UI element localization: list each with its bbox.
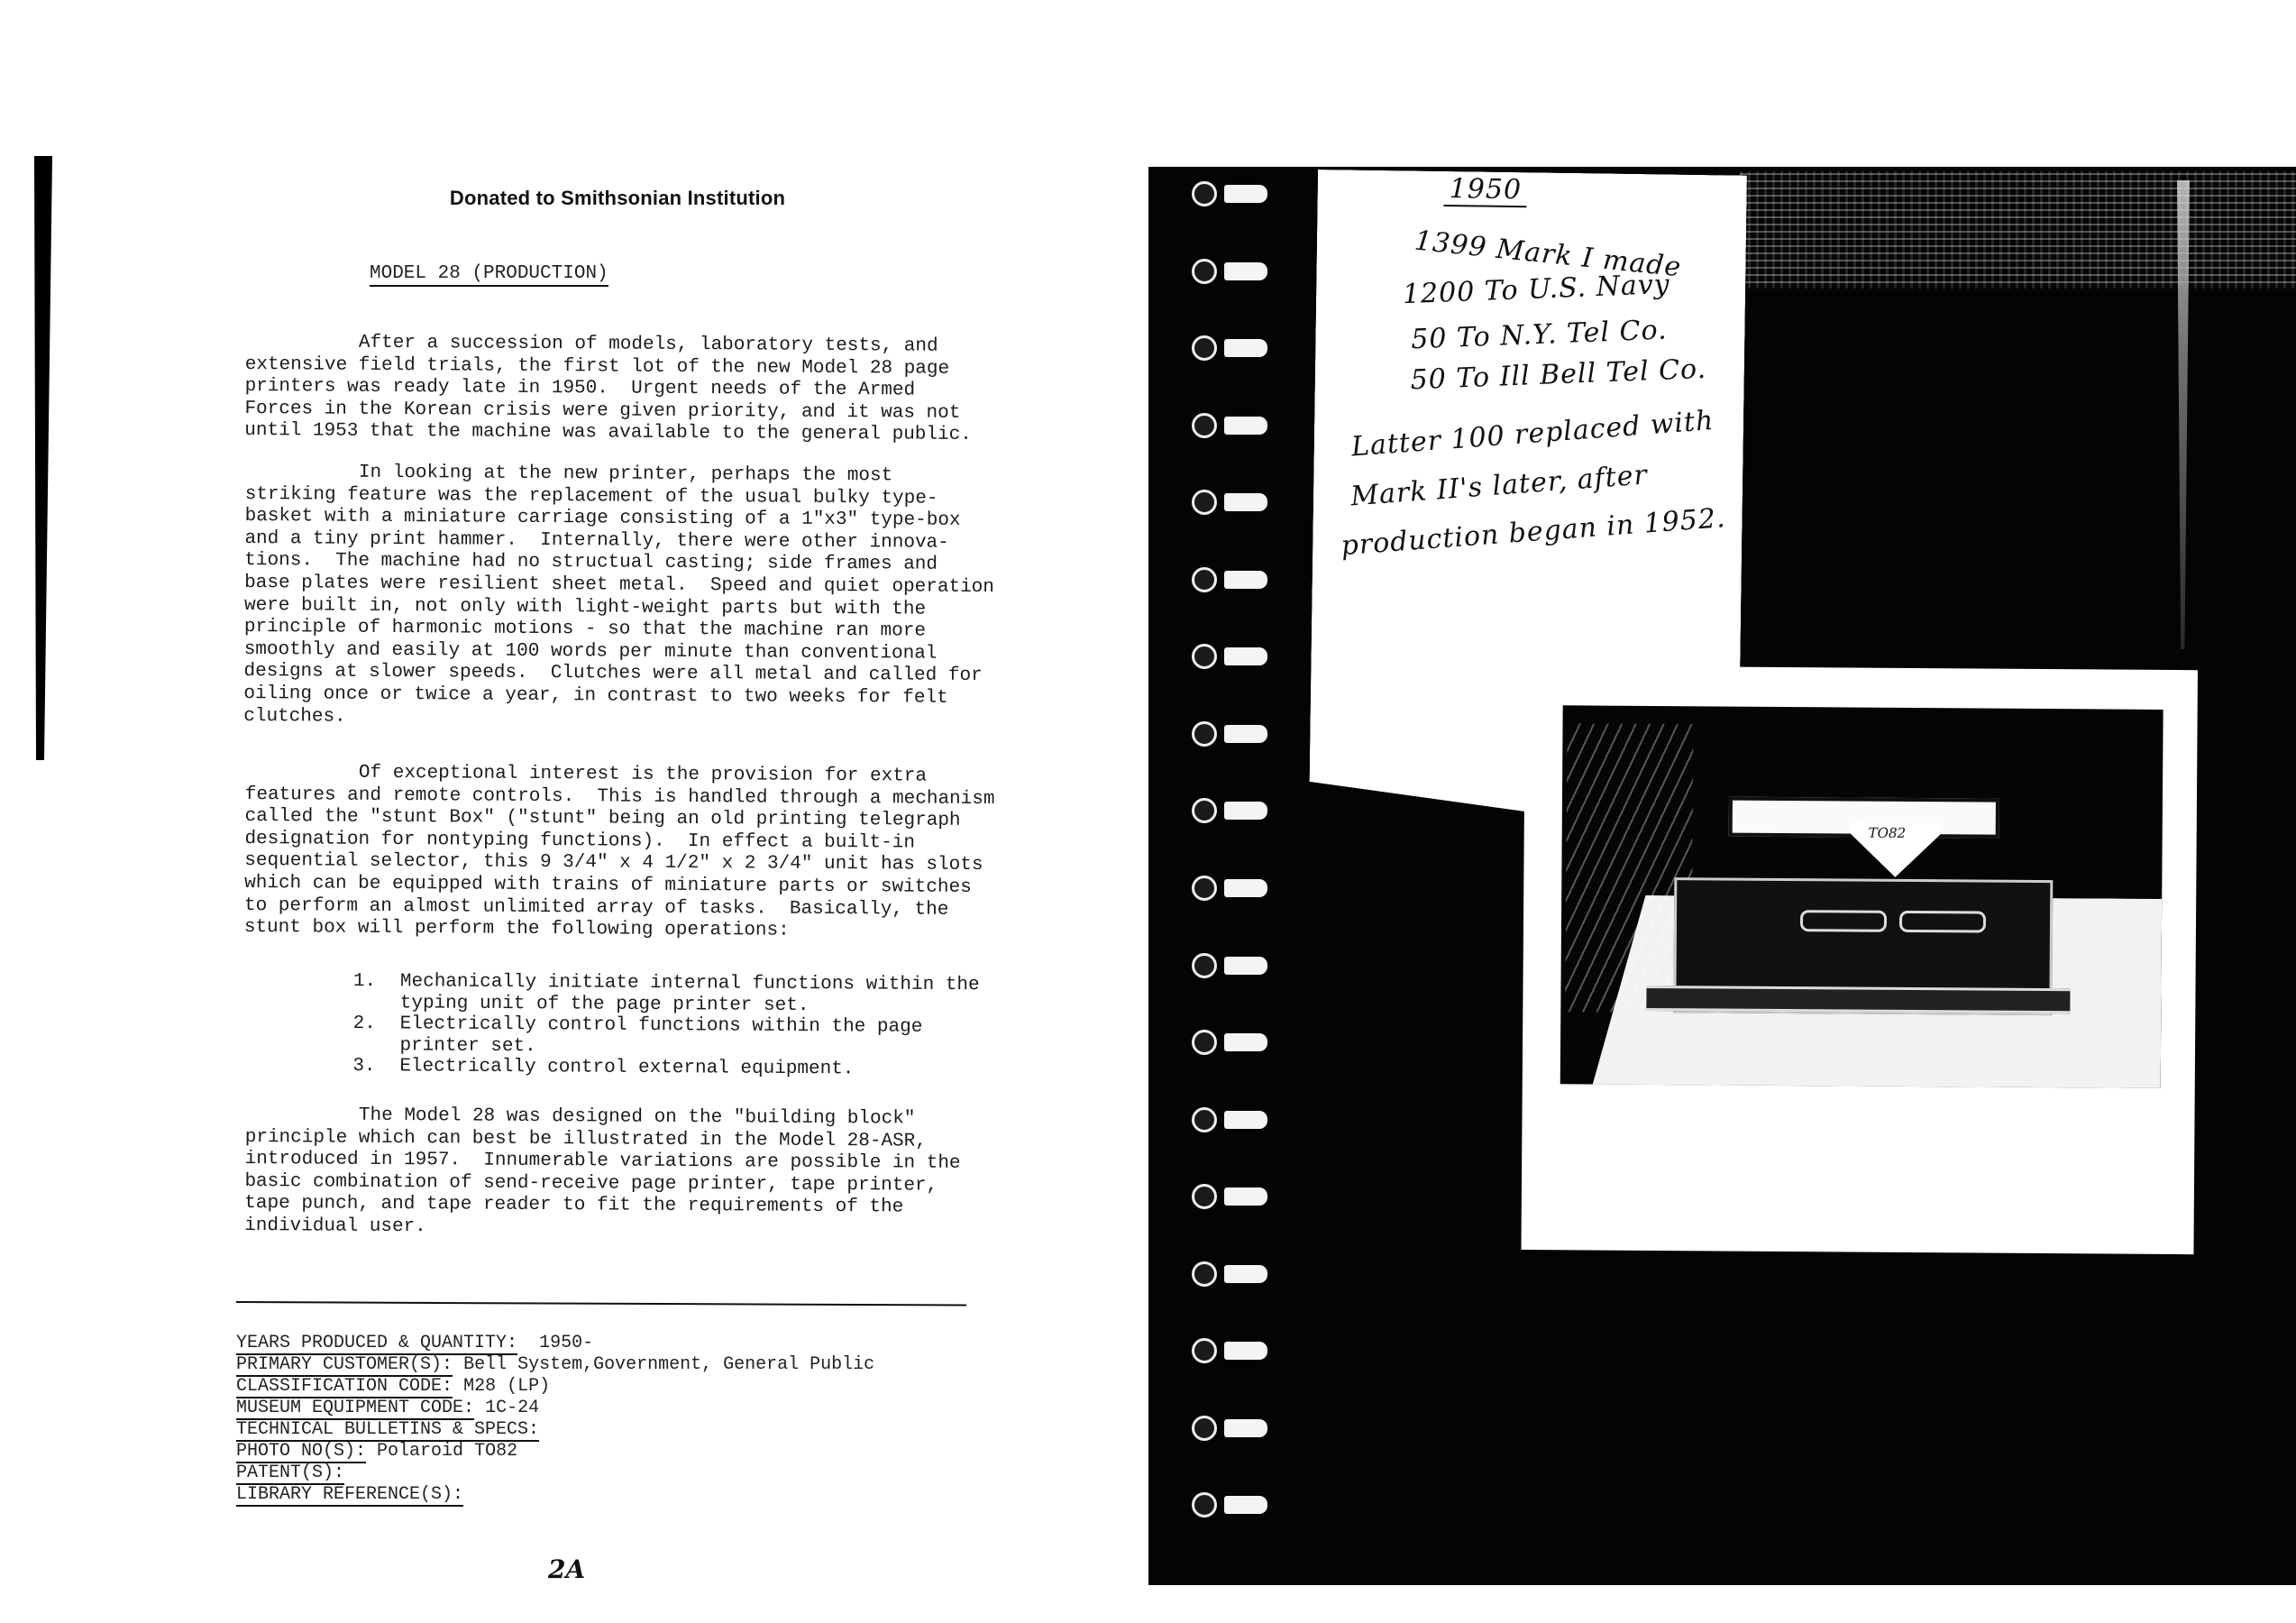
spiral-coil [1181, 1256, 1278, 1292]
field-label: YEARS PRODUCED & QUANTITY: [236, 1333, 517, 1355]
field-years-produced: YEARS PRODUCED & QUANTITY: 1950- [236, 1333, 874, 1354]
field-technical-bulletins: TECHNICAL BULLETINS & SPECS: [236, 1419, 874, 1441]
teletype-photograph: TO82 [1560, 705, 2163, 1088]
field-label: PRIMARY CUSTOMER(S): [236, 1354, 453, 1377]
note-line: 1200 To U.S. Navy [1402, 269, 1670, 310]
spiral-binding [1172, 167, 1289, 1585]
spiral-coil [1181, 1178, 1278, 1215]
spiral-coil [1181, 716, 1278, 752]
spiral-coil [1181, 253, 1278, 289]
scan-noise [1740, 171, 2296, 289]
list-item: 2. Electrically control functions within… [352, 1013, 979, 1059]
field-label: TECHNICAL BULLETINS & SPECS: [236, 1419, 539, 1442]
list-number: 2. [352, 1013, 399, 1056]
field-value: M28 (LP) [463, 1376, 550, 1397]
note-line: 50 To Ill Bell Tel Co. [1410, 353, 1707, 397]
spiral-coil [1181, 330, 1278, 366]
spiral-coil [1181, 408, 1278, 444]
paragraph-features: In looking at the new printer, perhaps t… [243, 462, 1002, 732]
field-value: Bell System,Government, General Public [463, 1354, 874, 1375]
spiral-coil [1181, 870, 1278, 906]
paragraph-introduction: After a succession of models, laboratory… [244, 332, 1002, 447]
list-text: Mechanically initiate internal functions… [400, 971, 980, 1017]
note-line: production began in 1952. [1340, 502, 1726, 562]
paragraph-building-block: The Model 28 was designed on the "buildi… [244, 1105, 1002, 1242]
field-museum-equipment-code: MUSEUM EQUIPMENT CODE: 1C-24 [236, 1398, 874, 1419]
page-edge-shadow [34, 156, 52, 760]
field-library-references: LIBRARY REFERENCE(S): [236, 1484, 874, 1506]
list-number: 3. [352, 1056, 399, 1077]
spiral-coil [1181, 176, 1278, 212]
paragraph-stunt-box: Of exceptional interest is the provision… [244, 762, 1002, 944]
operations-list: 1. Mechanically initiate internal functi… [352, 971, 979, 1081]
list-text: Electrically control functions within th… [399, 1013, 922, 1059]
field-value: 1C-24 [485, 1398, 539, 1418]
photo-tag-text: TO82 [1869, 825, 1907, 841]
page-number: 2A [548, 1554, 585, 1584]
field-label: CLASSIFICATION CODE: [236, 1376, 453, 1398]
photo-print: TO82 [1521, 665, 2198, 1254]
field-patents: PATENT(S): [236, 1463, 874, 1484]
field-label: LIBRARY REFERENCE(S): [236, 1484, 463, 1507]
donation-heading: Donated to Smithsonian Institution [433, 187, 802, 210]
field-value: 1950- [539, 1333, 593, 1353]
field-value: Polaroid TO82 [377, 1441, 517, 1462]
note-line: Latter 100 replaced with [1350, 405, 1715, 463]
field-label: MUSEUM EQUIPMENT CODE: [236, 1398, 474, 1420]
field-label: PATENT(S): [236, 1463, 344, 1485]
spiral-coil [1181, 1487, 1278, 1523]
spiral-coil [1181, 1410, 1278, 1446]
spiral-coil [1181, 1024, 1278, 1060]
list-item: 3. Electrically control external equipme… [352, 1056, 979, 1081]
spiral-coil [1181, 638, 1278, 674]
field-classification-code: CLASSIFICATION CODE: M28 (LP) [236, 1376, 874, 1398]
section-divider [236, 1301, 966, 1307]
field-label: PHOTO NO(S): [236, 1441, 366, 1463]
field-photo-numbers: PHOTO NO(S): Polaroid TO82 [236, 1441, 874, 1463]
spiral-coil [1181, 1333, 1278, 1369]
spiral-coil [1181, 793, 1278, 829]
spiral-coil [1181, 1102, 1278, 1138]
list-item: 1. Mechanically initiate internal functi… [353, 971, 980, 1017]
field-primary-customers: PRIMARY CUSTOMER(S): Bell System,Governm… [236, 1354, 874, 1376]
catalog-fields: YEARS PRODUCED & QUANTITY: 1950- PRIMARY… [236, 1333, 874, 1506]
list-text: Electrically control external equipment. [399, 1056, 854, 1080]
list-number: 1. [353, 971, 400, 1013]
spiral-coil [1181, 484, 1278, 520]
note-line: 50 To N.Y. Tel Co. [1411, 315, 1669, 356]
document-title: MODEL 28 (PRODUCTION) [370, 263, 608, 287]
spiral-coil [1181, 562, 1278, 598]
note-year: 1950 [1443, 173, 1527, 207]
spiral-coil [1181, 948, 1278, 984]
note-line: Mark II's later, after [1349, 459, 1649, 512]
